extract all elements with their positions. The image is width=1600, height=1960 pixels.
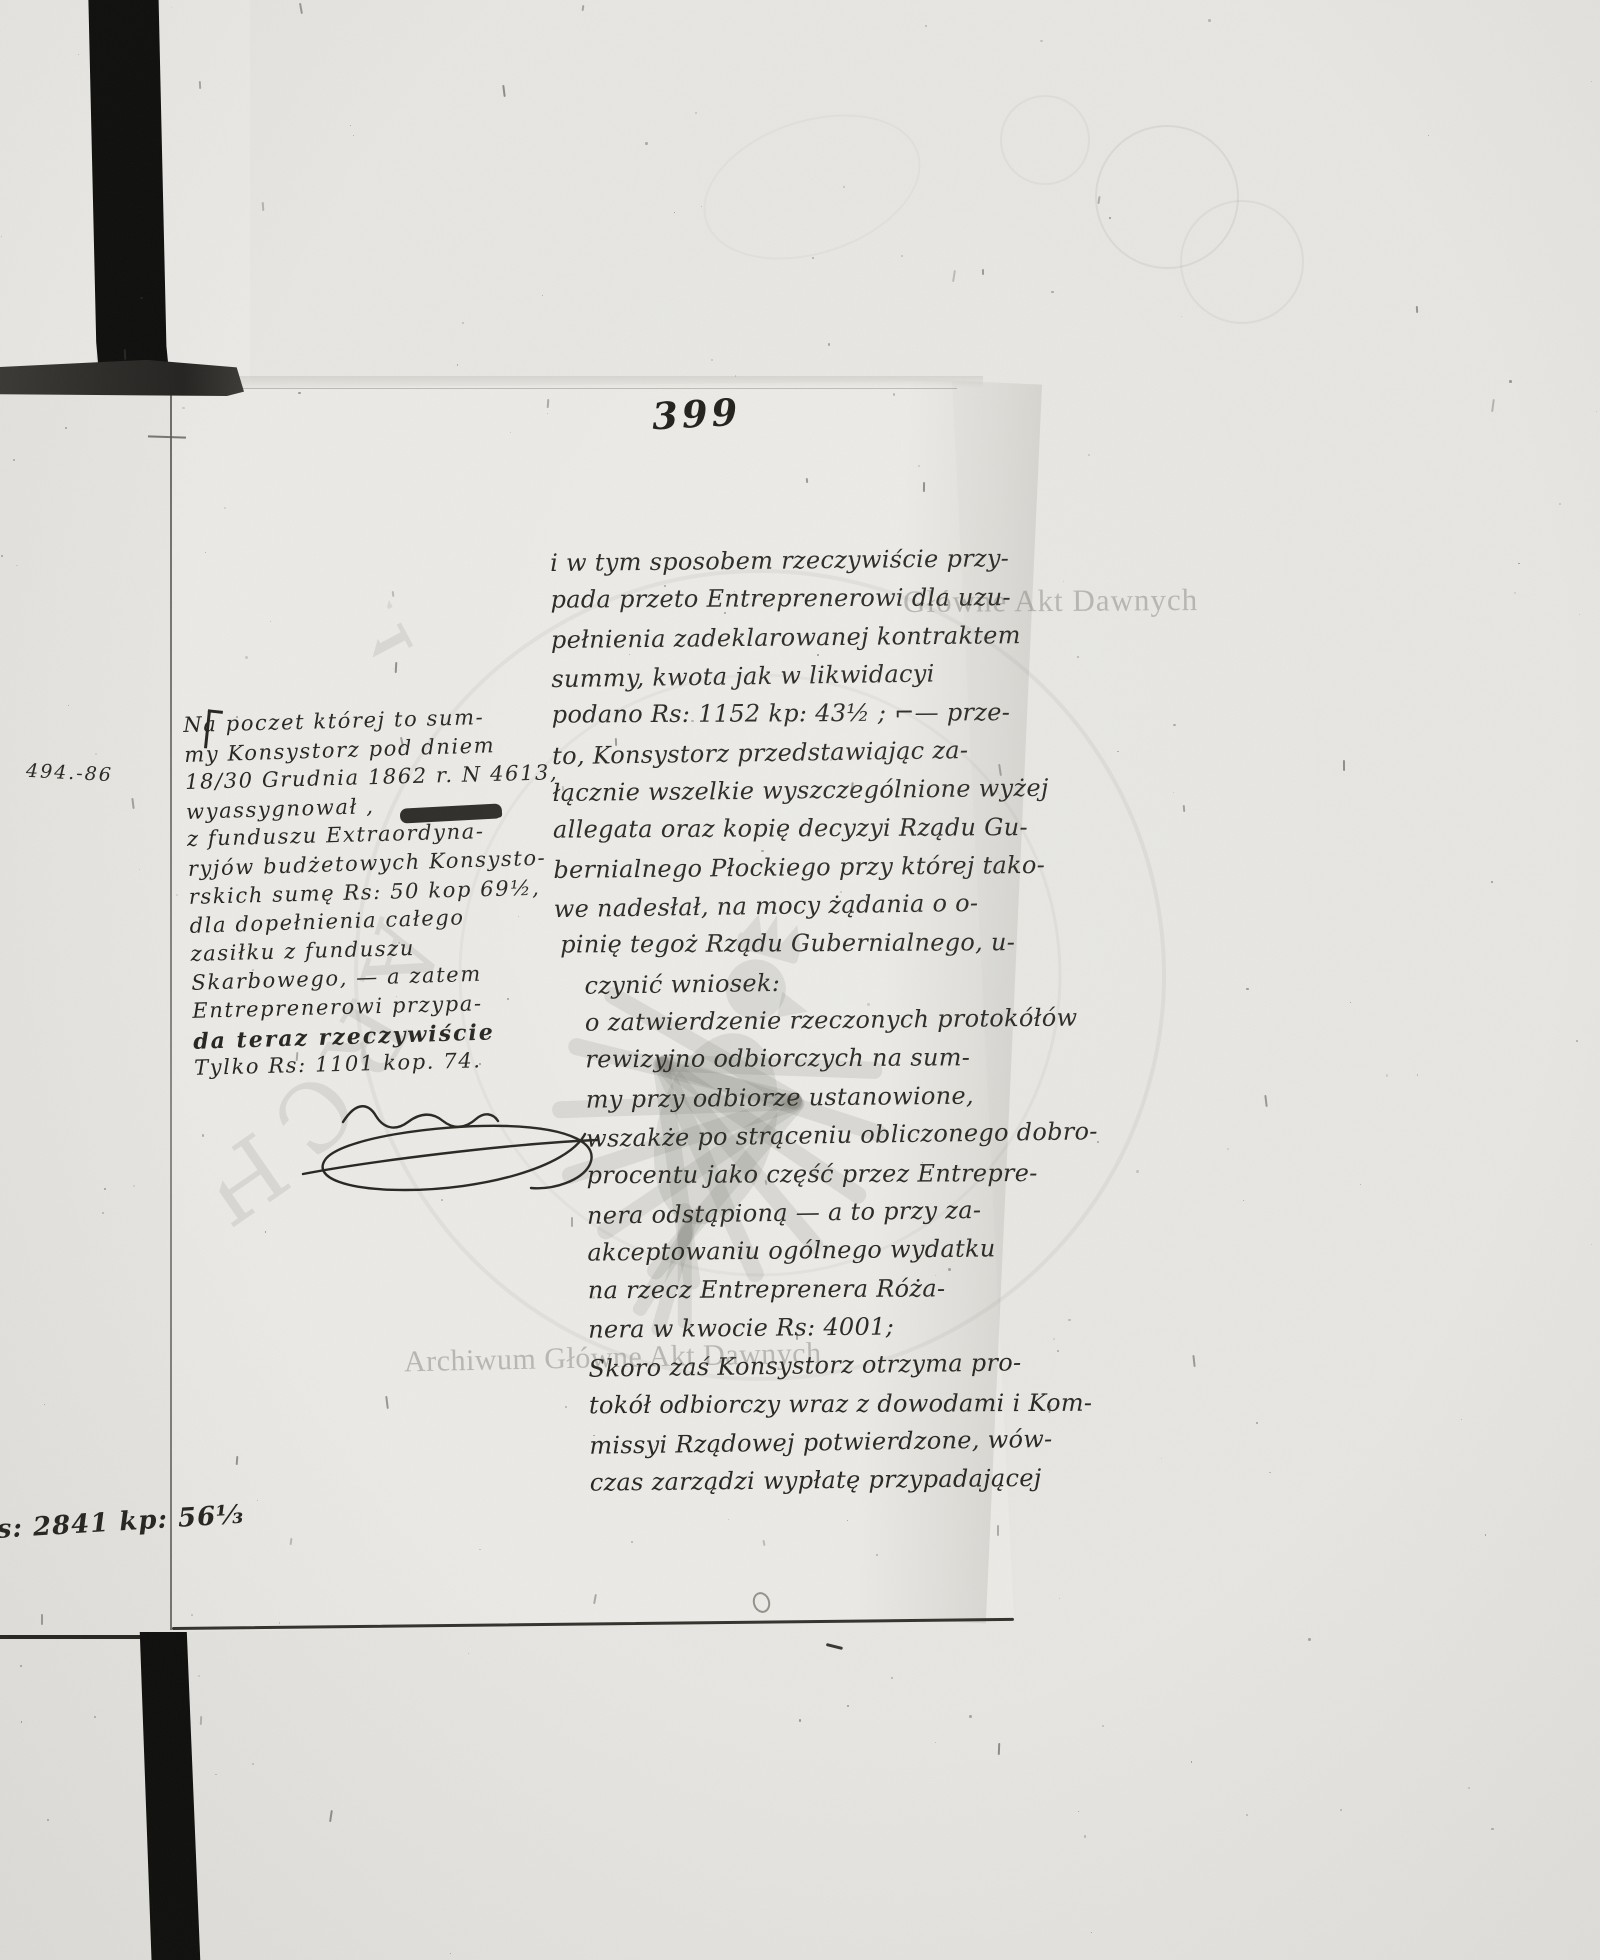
emboss-ellipse [685, 89, 939, 286]
film-bar-bottom [128, 1632, 212, 1960]
sheet-top-edge [171, 388, 957, 389]
margin-registry-number: 494.-86 [25, 760, 113, 787]
main-text-line-1: i w tym sposobem rzeczywiście przy- [550, 543, 1092, 587]
tick-mark [148, 435, 186, 438]
emboss-circle [1000, 95, 1090, 185]
main-text-line-11: pinię tegoż Rządu Gubernialnego, u- [560, 928, 1096, 969]
sheet-left-edge [170, 392, 172, 1630]
previous-page-edge [0, 0, 96, 392]
main-text-line-24: missyi Rządowej potwierdzone, wów- [589, 1424, 1101, 1470]
margin-note-block: Na poczet której to sum-my Konsystorz po… [183, 702, 568, 1085]
sheet-top-shadow [171, 376, 983, 388]
main-text-line-4: summy, kwota jak w likwidacyi [551, 657, 1093, 703]
main-text-line-16: wszakże po strąceniu obliczonego dobro- [586, 1117, 1098, 1163]
main-text-line-19: akceptowaniu ogólnego wydatku [587, 1233, 1099, 1277]
main-text-line-17: procentu jako część przez Entrepre- [587, 1158, 1099, 1199]
main-text-line-10: we nadesłał, na mocy żądania o o- [554, 887, 1096, 933]
main-text-line-5: podano Rs: 1152 kp: 43½ ; ⌐— prze- [552, 698, 1094, 739]
main-text-line-15: my przy odbiorze ustanowione, [586, 1080, 1098, 1124]
pencil-dash-mark [826, 1643, 843, 1650]
main-text-line-8: allegata oraz kopię decyzyi Rządu Gu- [553, 813, 1095, 854]
archival-scan-page: ARCHIWUM GŁÓWNE AKT DAWNYCH [0, 0, 1600, 1960]
signature-flourish [285, 1082, 615, 1217]
emboss-circle [1180, 200, 1304, 324]
main-text-line-22: Skoro zaś Konsystorz otrzyma pro- [588, 1347, 1100, 1393]
left-page-bottom-edge [0, 1635, 140, 1639]
folio-number: 399 [651, 390, 742, 439]
main-text-line-12: czynić wniosek: [584, 964, 1096, 1010]
main-text-line-13: o zatwierdzenie rzeczonych protokółów [585, 1003, 1097, 1047]
main-text-line-25: czas zarządzi wypłatę przypadającej [590, 1464, 1102, 1508]
main-text-block: i w tym sposobem rzeczywiście przy-pada … [550, 543, 1102, 1507]
main-text-line-23: tokół odbiorczy wraz z dowodami i Kom- [589, 1388, 1101, 1429]
main-text-line-2: pada przeto Entreprenerowi dla uzu- [550, 583, 1092, 624]
main-text-line-14: rewizyjno odbiorczych na sum- [585, 1043, 1097, 1084]
main-text-line-6: to, Konsystorz przedstawiając za- [552, 734, 1094, 780]
main-text-line-20: na rzecz Entreprenera Róża- [588, 1273, 1100, 1314]
main-text-line-7: łącznie wszelkie wyszczególnione wyżej [552, 773, 1094, 817]
main-text-line-18: nera odstąpioną — a to przy za- [587, 1194, 1099, 1240]
gutter-paper [160, 0, 250, 380]
